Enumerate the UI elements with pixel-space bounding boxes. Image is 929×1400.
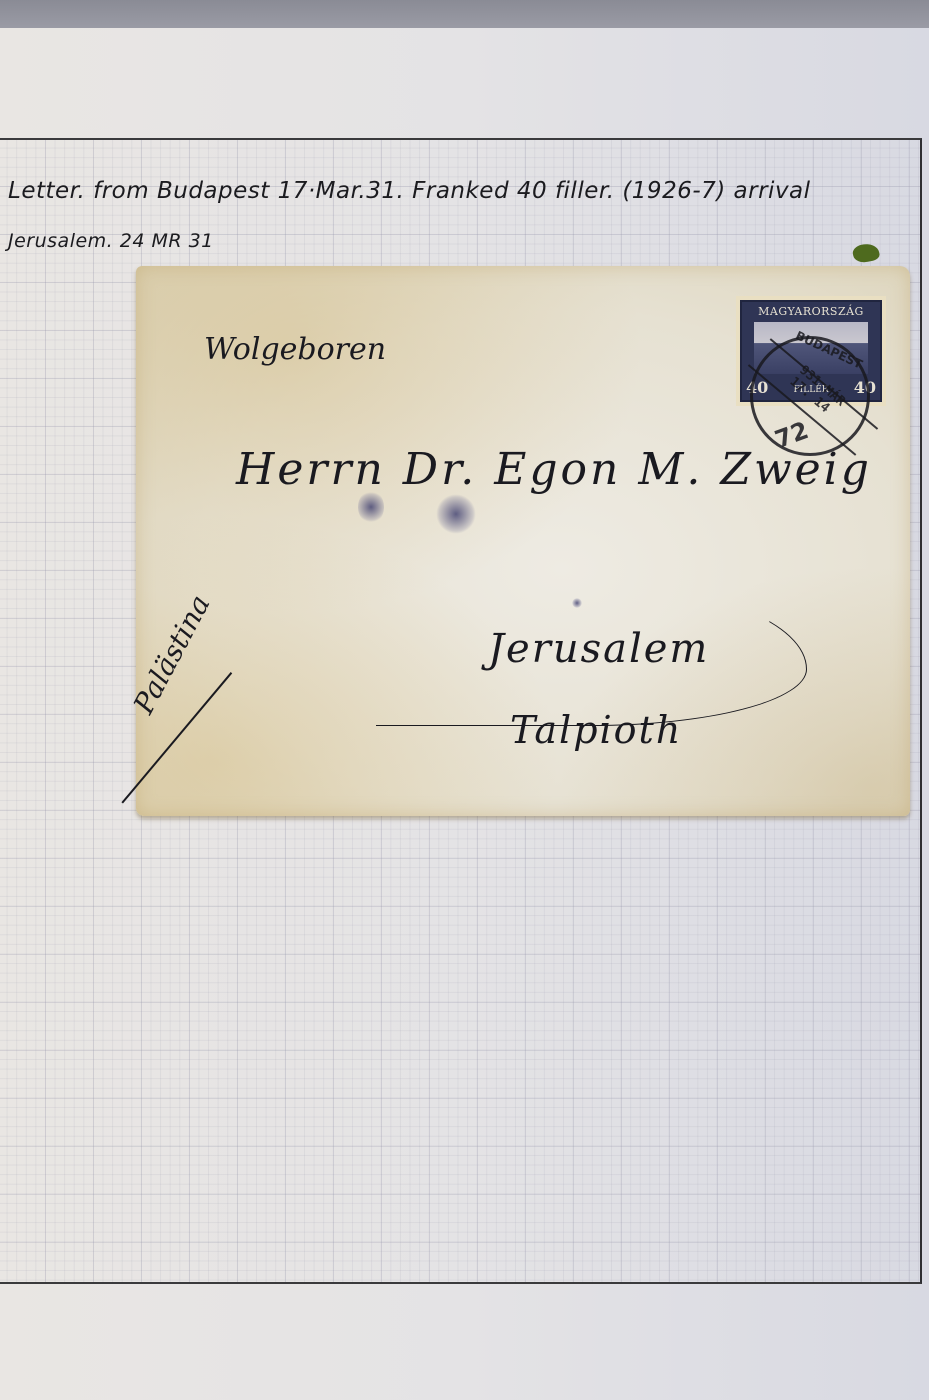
street: Talpioth — [510, 708, 682, 752]
stamp-country: MAGYARORSZÁG — [742, 305, 880, 318]
salutation: Wolgeboren — [204, 332, 386, 367]
addressee-name: Herrn Dr. Egon M. Zweig — [236, 444, 872, 495]
backdrop — [0, 0, 929, 28]
envelope: Wolgeboren Herrn Dr. Egon M. Zweig Jerus… — [136, 266, 910, 816]
caption-line-2: Jerusalem. 24 MR 31 — [8, 230, 214, 252]
country: Palästina — [127, 589, 217, 719]
postmark: BUDAPEST 931 MÁR 17. 14 72 — [750, 336, 870, 456]
ink-blot — [436, 494, 476, 534]
city: Jerusalem — [488, 626, 709, 672]
caption-line-1: Letter. from Budapest 17·Mar.31. Franked… — [8, 178, 811, 204]
ink-blot — [358, 490, 384, 524]
